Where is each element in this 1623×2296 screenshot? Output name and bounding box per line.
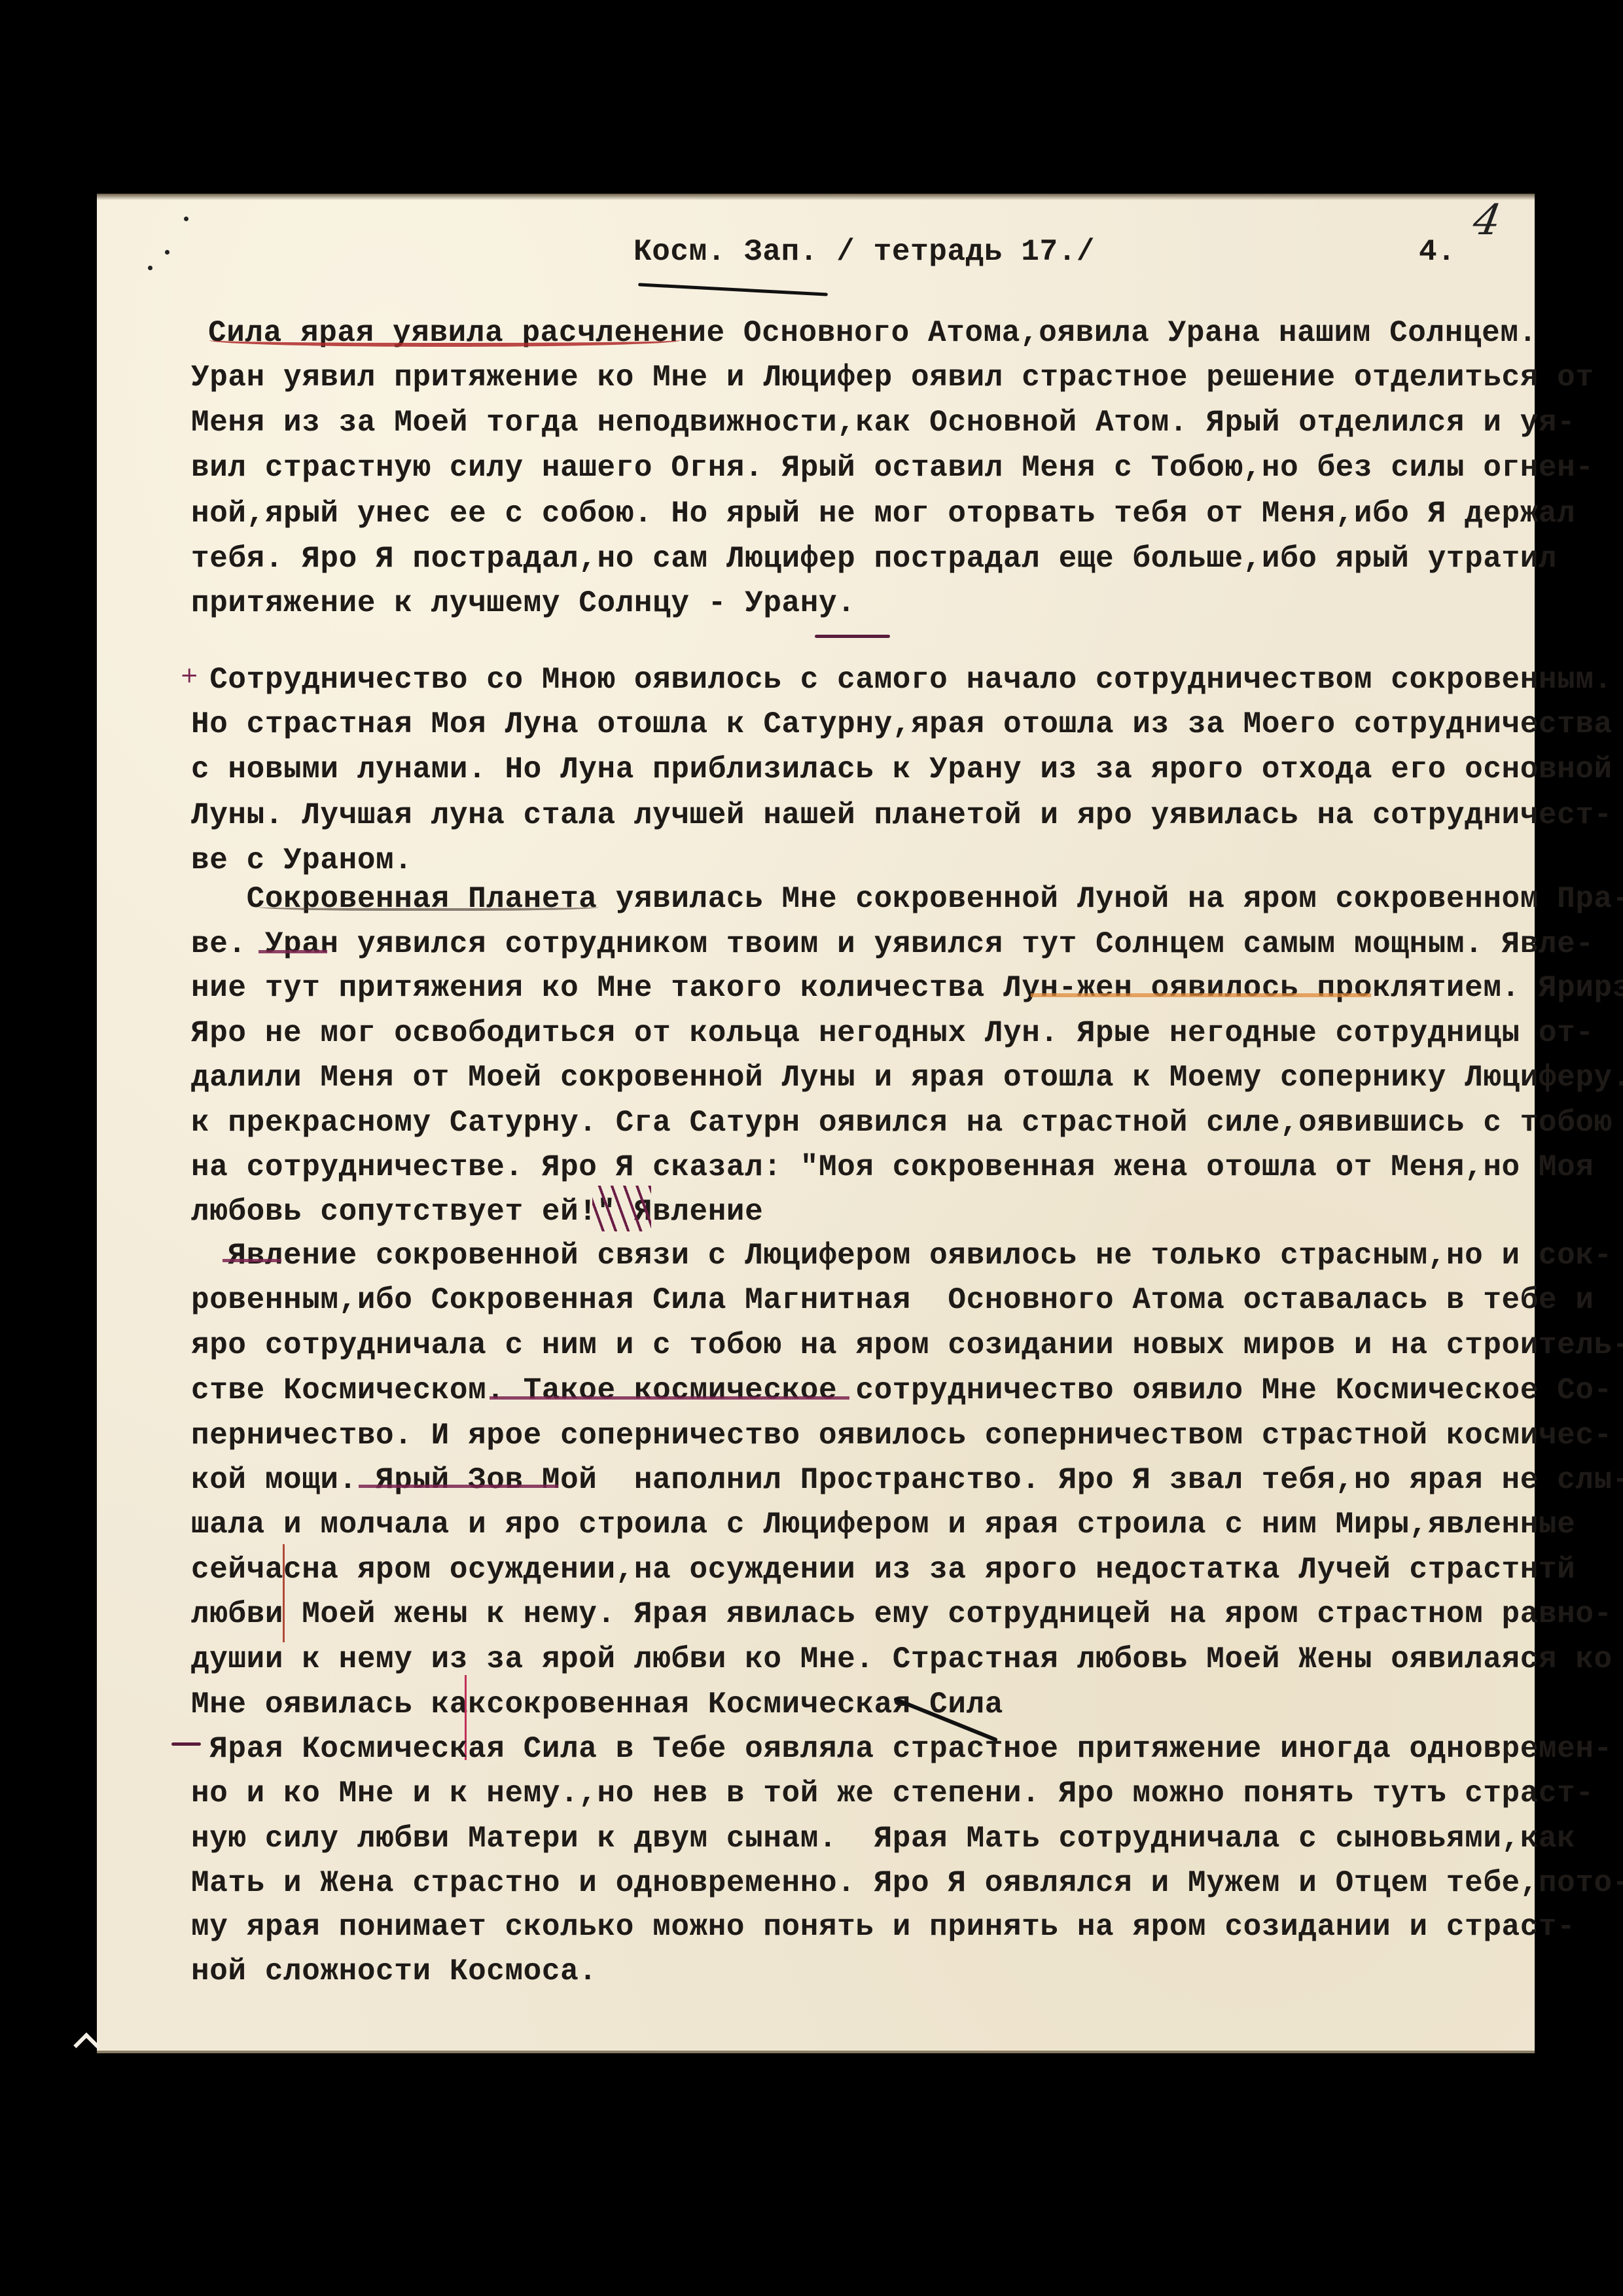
page-number: 4. [1419, 237, 1455, 267]
text-line-26: кой мощи. Ярый Зов Мой наполнил Простран… [191, 1465, 1623, 1495]
text-line-23: яро сотрудничала с ним и с тобою на яром… [191, 1330, 1623, 1360]
text-line-34: ную силу любви Матери к двум сынам. Ярая… [191, 1824, 1575, 1854]
text-line-29: любви Моей жены к нему. Ярая явилась ему… [191, 1599, 1613, 1629]
red-underline [209, 334, 681, 347]
page-top-edge-shadow [97, 194, 1535, 200]
page-corner-fold [73, 2032, 99, 2058]
text-line-8: Сотрудничество со Мною оявилось с самого… [191, 665, 1613, 695]
orange-underline [1031, 989, 1371, 997]
text-line-22: ровенным,ибо Сокровенная Сила Магнитная … [191, 1285, 1594, 1315]
text-line-17: далили Меня от Моей сокровенной Луны и я… [191, 1063, 1623, 1093]
text-line-12: ве с Ураном. [191, 845, 412, 875]
text-line-28: сейчасна яром осуждении,на осуждении из … [191, 1555, 1575, 1585]
text-line-4: вил страстную силу нашего Огня. Ярый ост… [191, 453, 1594, 483]
text-line-19: на сотрудничестве. Яро Я сказал: "Моя со… [191, 1152, 1594, 1182]
text-line-11: Луны. Лучшая луна стала лучшей нашей пла… [191, 800, 1613, 830]
text-line-33: но и ко Мне и к нему.,но нев в той же ст… [191, 1778, 1594, 1809]
text-line-6: тебя. Яро Я пострадал,но сам Люцифер пос… [191, 544, 1557, 574]
margin-dot [184, 217, 188, 221]
purple-strikeout-mark [592, 1186, 651, 1231]
text-line-15: ние тут притяжения ко Мне такого количес… [191, 973, 1623, 1003]
text-line-30: душии к нему из за ярой любви ко Мне. Ст… [191, 1644, 1613, 1674]
text-line-2: Уран уявил притяжение ко Мне и Люцифер о… [191, 362, 1594, 393]
text-line-25: перничество. И ярое соперничество оявило… [191, 1421, 1613, 1451]
purple-dash-mark [815, 635, 890, 638]
text-line-27: шала и молчала и яро строила с Люцифером… [191, 1510, 1575, 1540]
purple-underline [223, 1256, 281, 1262]
text-line-32: Ярая Космическая Сила в Тебе оявляла стр… [191, 1734, 1613, 1764]
text-line-10: с новыми лунами. Но Луна приблизилась к … [191, 754, 1613, 785]
purple-underline [259, 947, 327, 953]
text-line-36: му ярая понимает сколько можно понять и … [191, 1912, 1575, 1942]
text-line-20: любовь сопутствует ей!" Явление [191, 1197, 763, 1227]
purple-underline [490, 1394, 849, 1400]
text-line-18: к прекрасному Сатурну. Сга Сатурн оявилс… [191, 1108, 1613, 1138]
text-line-21: Явление сокровенной связи с Люцифером оя… [191, 1241, 1613, 1271]
text-line-14: ве. Уран уявился сотрудником твоим и уяв… [191, 929, 1594, 959]
text-line-9: Но страстная Моя Луна отошла к Сатурну,я… [191, 709, 1613, 739]
text-line-24: стве Космическом. Такое космическое сотр… [191, 1375, 1613, 1405]
text-line-16: Яро не мог освободиться от кольца негодн… [191, 1018, 1594, 1048]
page-bottom-edge [97, 2051, 1535, 2053]
page-header: Косм. Зап. / тетрадь 17./ [633, 237, 1095, 267]
text-line-35: Мать и Жена страстно и одновременно. Яро… [191, 1868, 1623, 1898]
margin-dot [148, 266, 152, 270]
text-line-5: ной,ярый унес ее с собою. Но ярый не мог… [191, 499, 1575, 529]
text-line-3: Меня из за Моей тогда неподвижности,как … [191, 408, 1575, 438]
pencil-underline [259, 902, 599, 911]
margin-dot [165, 250, 169, 255]
text-line-7: притяжение к лучшему Солнцу - Урану. [191, 588, 855, 618]
purple-underline [359, 1482, 558, 1488]
text-line-31: Мне оявилась каксокровенная Космическая … [191, 1689, 1003, 1720]
text-line-37: ной сложности Космоса. [191, 1956, 597, 1987]
